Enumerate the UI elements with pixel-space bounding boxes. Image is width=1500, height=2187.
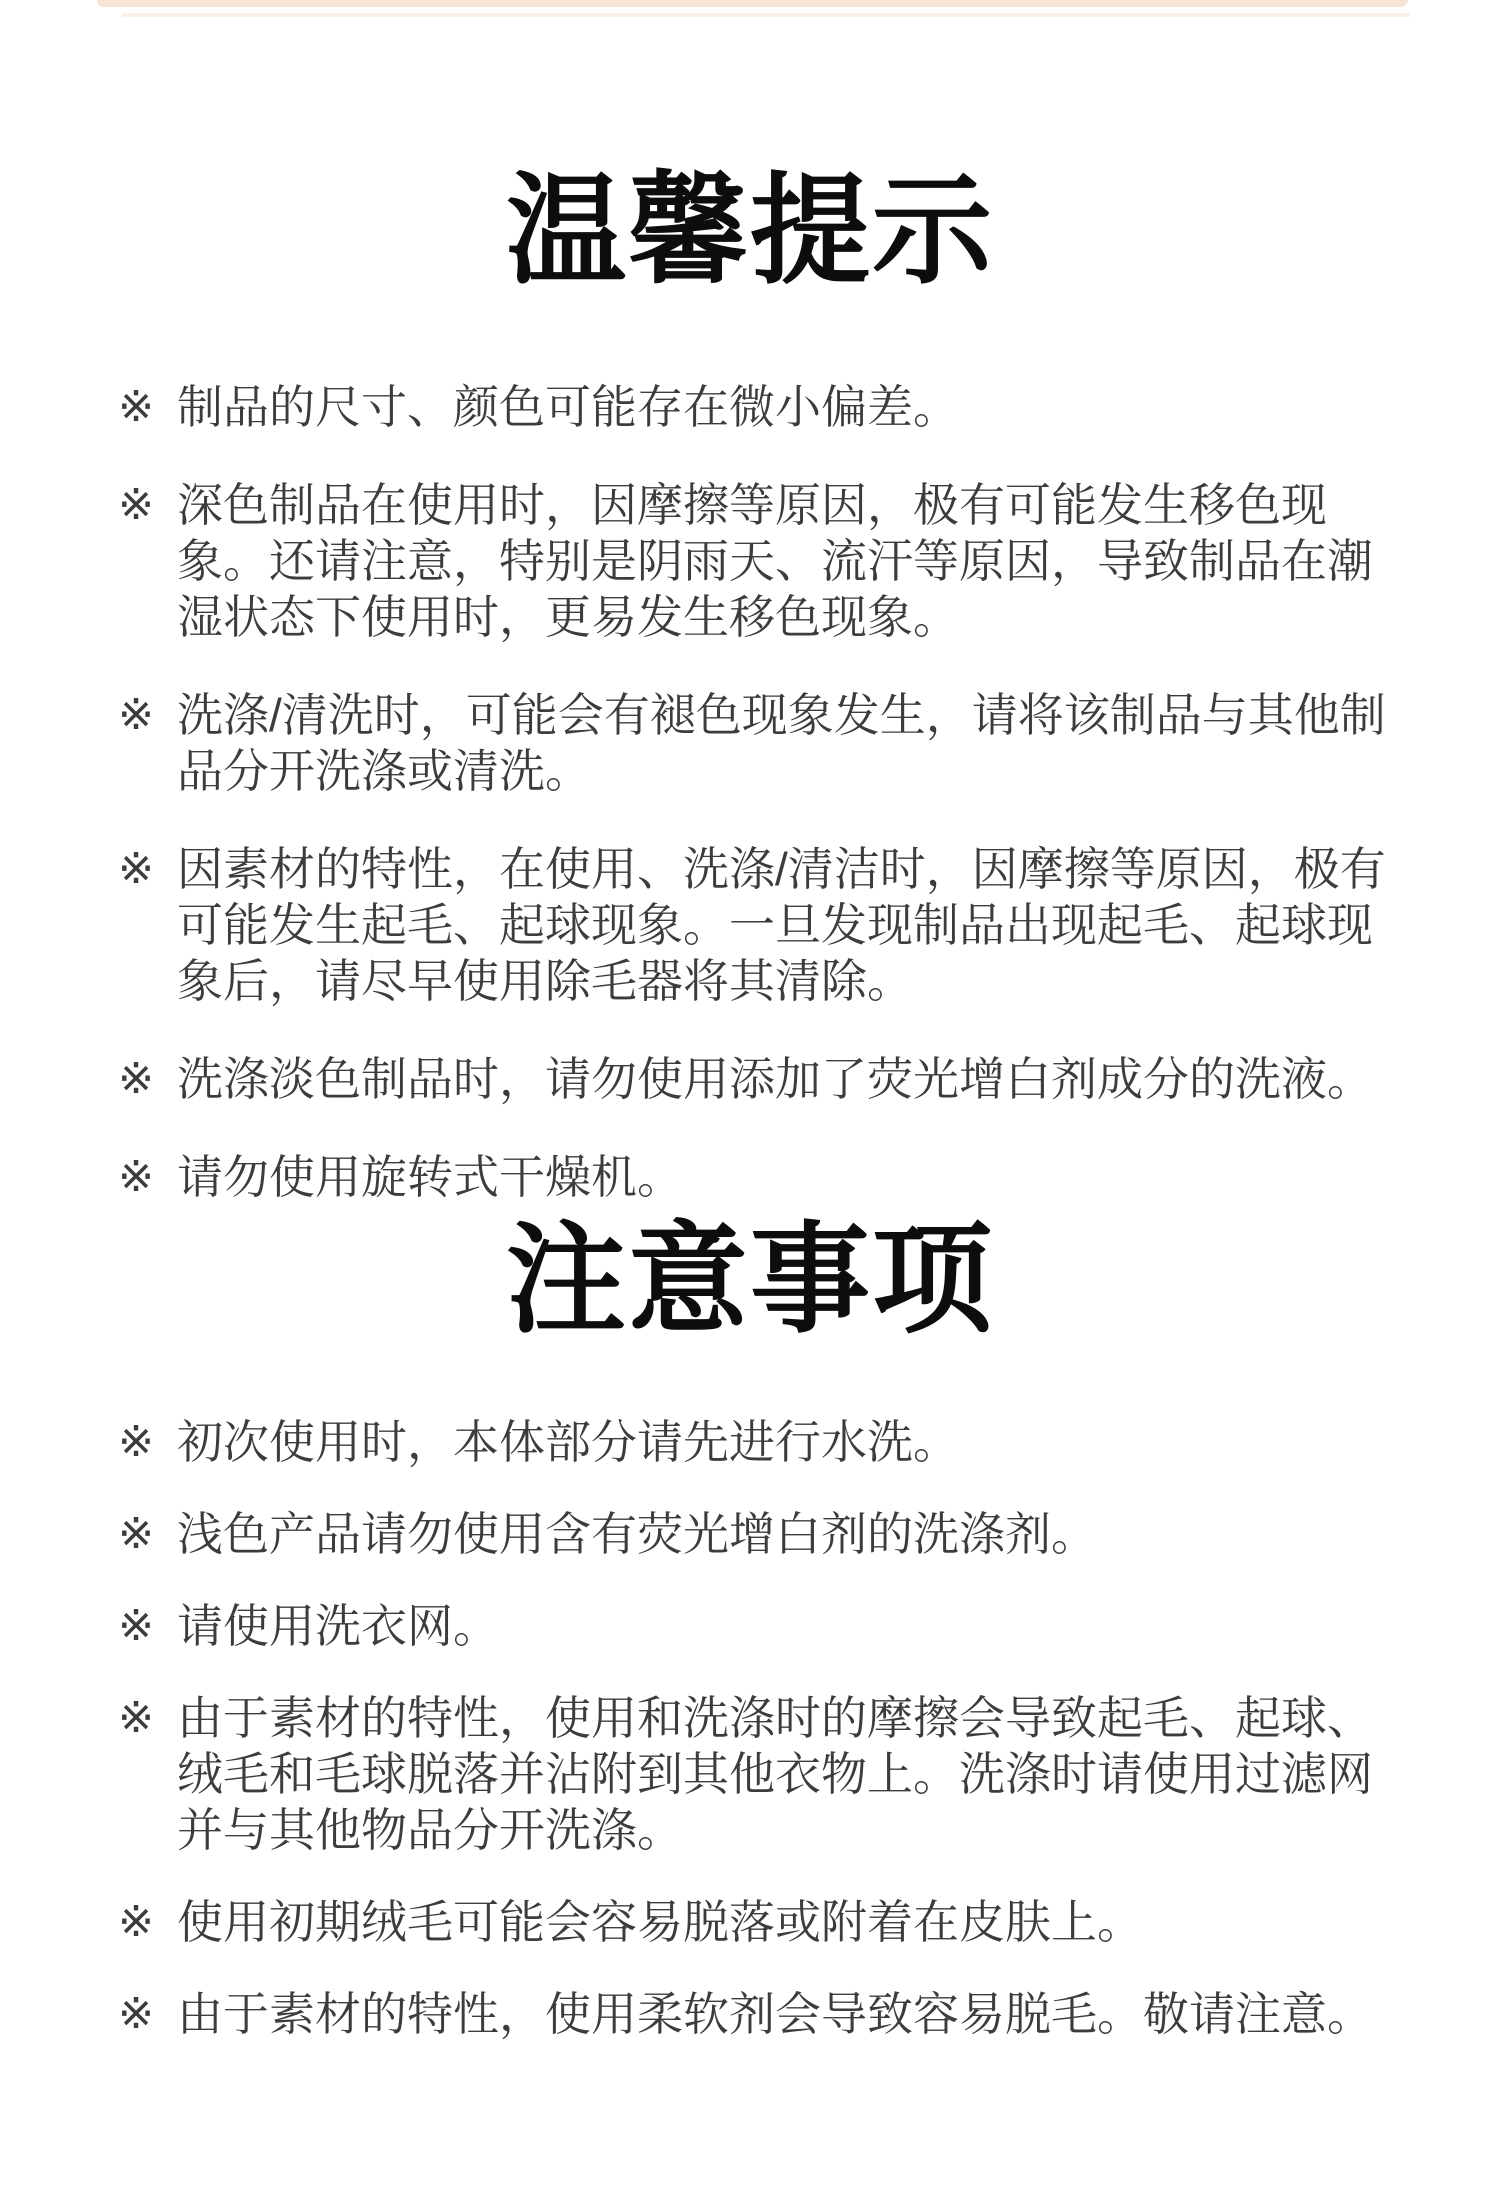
- list-item: ※ 制品的尺寸、颜色可能存在微小偏差。: [118, 379, 1420, 435]
- list-item-text: 浅色产品请勿使用含有荧光增白剂的洗涤剂。: [177, 1506, 1097, 1562]
- list-item-text: 请勿使用旋转式干燥机。: [177, 1149, 683, 1205]
- reference-mark-icon: ※: [118, 1598, 177, 1654]
- list-item-text: 使用初期绒毛可能会容易脱落或附着在皮肤上。: [177, 1894, 1143, 1950]
- reference-mark-icon: ※: [118, 1414, 177, 1470]
- reference-mark-icon: ※: [118, 1690, 177, 1746]
- reference-mark-icon: ※: [118, 477, 177, 533]
- list-item-text: 洗涤/清洗时，可能会有褪色现象发生，请将该制品与其他制 品分开洗涤或清洗。: [177, 687, 1386, 799]
- list-item: ※ 浅色产品请勿使用含有荧光增白剂的洗涤剂。: [118, 1506, 1420, 1562]
- section-title-warm-tips: 温馨提示: [0, 0, 1500, 306]
- precautions-list: ※ 初次使用时，本体部分请先进行水洗。 ※ 浅色产品请勿使用含有荧光增白剂的洗涤…: [0, 1414, 1500, 2042]
- list-item-text: 由于素材的特性，使用和洗涤时的摩擦会导致起毛、起球、 绒毛和毛球脱落并沾附到其他…: [177, 1690, 1373, 1858]
- reference-mark-icon: ※: [118, 1986, 177, 2042]
- reference-mark-icon: ※: [118, 1149, 177, 1205]
- list-item-text: 初次使用时，本体部分请先进行水洗。: [177, 1414, 959, 1470]
- warm-tips-list: ※ 制品的尺寸、颜色可能存在微小偏差。 ※ 深色制品在使用时，因摩擦等原因，极有…: [0, 379, 1500, 1205]
- reference-mark-icon: ※: [118, 687, 177, 743]
- reference-mark-icon: ※: [118, 841, 177, 897]
- list-item-text: 因素材的特性，在使用、洗涤/清洁时，因摩擦等原因，极有 可能发生起毛、起球现象。…: [177, 841, 1386, 1009]
- list-item-text: 洗涤淡色制品时，请勿使用添加了荧光增白剂成分的洗液。: [177, 1051, 1373, 1107]
- list-item: ※ 洗涤/清洗时，可能会有褪色现象发生，请将该制品与其他制 品分开洗涤或清洗。: [118, 687, 1420, 799]
- list-item: ※ 由于素材的特性，使用和洗涤时的摩擦会导致起毛、起球、 绒毛和毛球脱落并沾附到…: [118, 1690, 1420, 1858]
- list-item-text: 由于素材的特性，使用柔软剂会导致容易脱毛。敬请注意。: [177, 1986, 1373, 2042]
- reference-mark-icon: ※: [118, 1894, 177, 1950]
- list-item: ※ 洗涤淡色制品时，请勿使用添加了荧光增白剂成分的洗液。: [118, 1051, 1420, 1107]
- list-item-text: 深色制品在使用时，因摩擦等原因，极有可能发生移色现 象。还请注意，特别是阴雨天、…: [177, 477, 1373, 645]
- reference-mark-icon: ※: [118, 1051, 177, 1107]
- section-title-precautions: 注意事项: [0, 1205, 1500, 1355]
- list-item-text: 制品的尺寸、颜色可能存在微小偏差。: [177, 379, 959, 435]
- list-item: ※ 由于素材的特性，使用柔软剂会导致容易脱毛。敬请注意。: [118, 1986, 1420, 2042]
- list-item: ※ 初次使用时，本体部分请先进行水洗。: [118, 1414, 1420, 1470]
- list-item: ※ 因素材的特性，在使用、洗涤/清洁时，因摩擦等原因，极有 可能发生起毛、起球现…: [118, 841, 1420, 1009]
- top-accent-strip-secondary: [122, 13, 1410, 17]
- list-item: ※ 使用初期绒毛可能会容易脱落或附着在皮肤上。: [118, 1894, 1420, 1950]
- list-item: ※ 请使用洗衣网。: [118, 1598, 1420, 1654]
- list-item-text: 请使用洗衣网。: [177, 1598, 499, 1654]
- list-item: ※ 深色制品在使用时，因摩擦等原因，极有可能发生移色现 象。还请注意，特别是阴雨…: [118, 477, 1420, 645]
- care-instructions-page: 温馨提示 ※ 制品的尺寸、颜色可能存在微小偏差。 ※ 深色制品在使用时，因摩擦等…: [0, 0, 1500, 2187]
- list-item: ※ 请勿使用旋转式干燥机。: [118, 1149, 1420, 1205]
- top-accent-strip: [97, 0, 1408, 7]
- reference-mark-icon: ※: [118, 1506, 177, 1562]
- reference-mark-icon: ※: [118, 379, 177, 435]
